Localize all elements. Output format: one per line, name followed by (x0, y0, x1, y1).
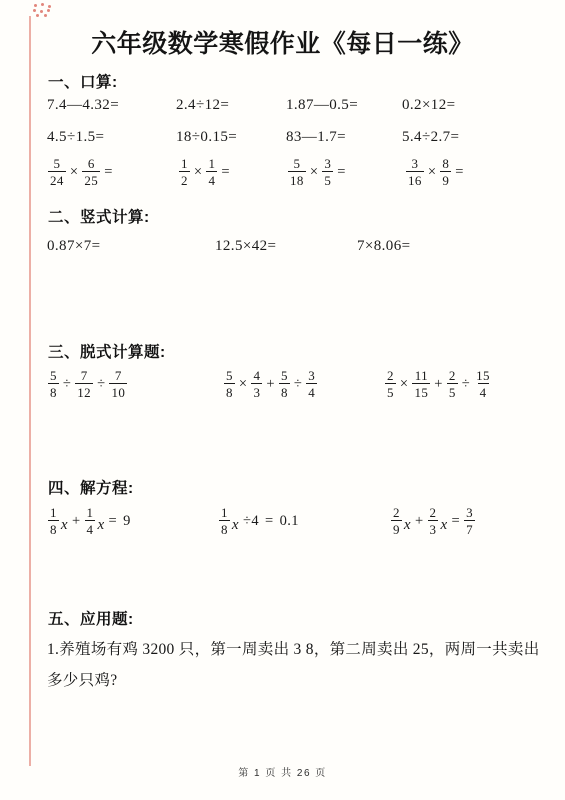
vertical-problem: 0.87×7= (47, 238, 100, 255)
stepwise-row: 58÷712÷710 58×43+58÷34 25×1115+25÷154 (0, 362, 565, 406)
section-heading-equations: 四、解方程: (48, 476, 134, 498)
equation-problem: 29x+23x=37 (390, 499, 476, 543)
word-problem-line2: 多少只鸡? (47, 665, 555, 696)
oral-problem: 18÷0.15= (176, 129, 237, 146)
equation-problem: 18x÷4=0.1 (218, 499, 302, 543)
page-footer: 第 1 页 共 26 页 (0, 764, 565, 779)
word-problem-line1: 1.养殖场有鸡 3200 只，第一周卖出 3 8，第二周卖出 25，两周一共卖出 (47, 634, 555, 665)
stepwise-problem: 25×1115+25÷154 (384, 362, 493, 406)
oral-fraction-problem: 316×89= (405, 150, 467, 194)
red-dots-mark (32, 2, 56, 19)
vertical-problem: 12.5×42= (215, 238, 276, 255)
oral-problem: 0.2×12= (402, 97, 455, 114)
stepwise-problem: 58÷712÷710 (47, 362, 128, 406)
oral-fraction-problem: 518×35= (287, 150, 349, 194)
oral-problem: 2.4÷12= (176, 97, 229, 114)
oral-problem: 7.4—4.32= (47, 97, 119, 114)
equation-problem: 18x+14x=9 (47, 499, 134, 543)
worksheet-page: 六年级数学寒假作业《每日一练》 一、口算: 7.4—4.32= 2.4÷12= … (0, 0, 565, 800)
vertical-calc-row: 0.87×7= 12.5×42= 7×8.06= (0, 238, 565, 282)
section-heading-word: 五、应用题: (48, 607, 134, 629)
oral-fraction-problem: 12×14= (178, 150, 233, 194)
stepwise-problem: 58×43+58÷34 (223, 362, 318, 406)
section-heading-stepwise: 三、脱式计算题: (48, 340, 166, 362)
oral-problem: 4.5÷1.5= (47, 129, 104, 146)
oral-fraction-row: 524×625= 12×14= 518×35= 316×89= (0, 150, 565, 194)
page-title: 六年级数学寒假作业《每日一练》 (0, 24, 565, 60)
word-problem: 1.养殖场有鸡 3200 只，第一周卖出 3 8，第二周卖出 25，两周一共卖出… (47, 634, 555, 696)
oral-fraction-problem: 524×625= (47, 150, 116, 194)
equation-row: 18x+14x=9 18x÷4=0.1 29x+23x=37 (0, 499, 565, 543)
oral-problem: 5.4÷2.7= (402, 129, 459, 146)
section-heading-vertical: 二、竖式计算: (48, 205, 150, 227)
oral-problem: 83—1.7= (286, 129, 346, 146)
oral-problem: 1.87—0.5= (286, 97, 358, 114)
vertical-problem: 7×8.06= (357, 238, 410, 255)
section-heading-oral: 一、口算: (48, 70, 118, 92)
